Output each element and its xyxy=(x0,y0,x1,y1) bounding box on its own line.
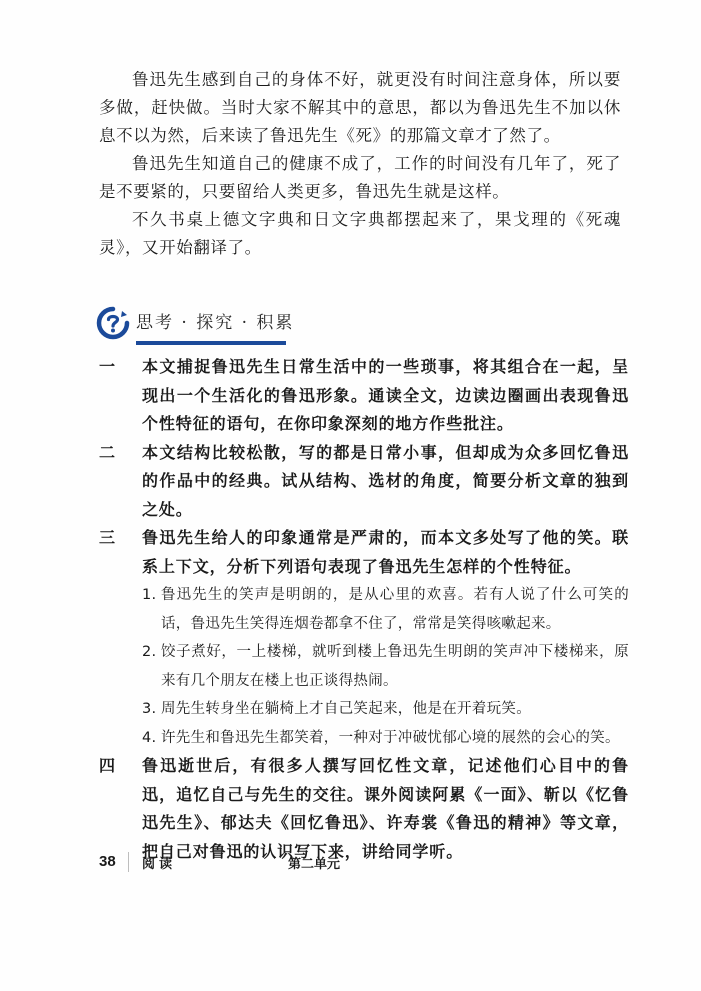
unit-label: 第二单元 xyxy=(288,853,340,872)
quote-text: 许先生和鲁迅先生都笑着，一种对于冲破忧郁心境的展然的会心的笑。 xyxy=(161,724,629,753)
exercise-item: 二 本文结构比较松散，写的都是日常小事，但却成为众多回忆鲁迅的作品中的经典。试从… xyxy=(99,439,629,525)
paragraph: 鲁迅先生知道自己的健康不成了，工作的时间没有几年了，死了是不要紧的，只要留给人类… xyxy=(99,150,621,206)
quote-item: 4. 许先生和鲁迅先生都笑着，一种对于冲破忧郁心境的展然的会心的笑。 xyxy=(99,724,629,753)
quote-text: 鲁迅先生的笑声是明朗的，是从心里的欢喜。若有人说了什么可笑的话，鲁迅先生笑得连烟… xyxy=(161,581,629,638)
quote-text: 周先生转身坐在躺椅上才自己笑起来，他是在开着玩笑。 xyxy=(161,695,629,724)
paragraph: 鲁迅先生感到自己的身体不好，就更没有时间注意身体，所以要多做，赶快做。当时大家不… xyxy=(99,66,621,150)
quote-text: 饺子煮好，一上楼梯，就听到楼上鲁迅先生明朗的笑声冲下楼梯来，原来有几个朋友在楼上… xyxy=(161,638,629,695)
section-title: 思考 · 探究 · 积累 xyxy=(136,308,294,333)
exercise-item: 四 鲁迅逝世后，有很多人撰写回忆性文章，记述他们心目中的鲁迅，追忆自己与先生的交… xyxy=(99,752,629,866)
quote-number: 1. xyxy=(142,581,156,610)
quote-item: 3. 周先生转身坐在躺椅上才自己笑起来，他是在开着玩笑。 xyxy=(99,695,629,724)
page-footer: 38 阅读 第二单元 xyxy=(0,850,701,880)
quote-number: 3. xyxy=(142,695,156,724)
footer-divider xyxy=(128,852,129,872)
quote-number: 2. xyxy=(142,638,156,667)
page-number: 38 xyxy=(99,853,116,870)
exercise-text: 本文结构比较松散，写的都是日常小事，但却成为众多回忆鲁迅的作品中的经典。试从结构… xyxy=(142,439,629,525)
exercise-list: 一 本文捕捉鲁迅先生日常生活中的一些琐事，将其组合在一起，呈现出一个生活化的鲁迅… xyxy=(99,353,629,866)
quote-number: 4. xyxy=(142,724,156,753)
section-header: 思考 · 探究 · 积累 xyxy=(96,300,296,344)
body-text: 鲁迅先生感到自己的身体不好，就更没有时间注意身体，所以要多做，赶快做。当时大家不… xyxy=(99,66,621,262)
exercise-number: 三 xyxy=(99,524,116,553)
exercise-text: 鲁迅先生给人的印象通常是严肃的，而本文多处写了他的笑。联系上下文，分析下列语句表… xyxy=(142,524,629,581)
section-underline xyxy=(136,341,286,345)
exercise-item: 三 鲁迅先生给人的印象通常是严肃的，而本文多处写了他的笑。联系上下文，分析下列语… xyxy=(99,524,629,581)
exercise-number: 二 xyxy=(99,439,116,468)
question-circle-icon xyxy=(96,306,130,340)
exercise-number: 一 xyxy=(99,353,116,382)
exercise-item: 一 本文捕捉鲁迅先生日常生活中的一些琐事，将其组合在一起，呈现出一个生活化的鲁迅… xyxy=(99,353,629,439)
paragraph: 不久书桌上德文字典和日文字典都摆起来了，果戈理的《死魂灵》，又开始翻译了。 xyxy=(99,206,621,262)
book-title: 阅读 xyxy=(142,853,176,872)
quote-item: 2. 饺子煮好，一上楼梯，就听到楼上鲁迅先生明朗的笑声冲下楼梯来，原来有几个朋友… xyxy=(99,638,629,695)
quote-item: 1. 鲁迅先生的笑声是明朗的，是从心里的欢喜。若有人说了什么可笑的话，鲁迅先生笑… xyxy=(99,581,629,638)
exercise-text: 鲁迅逝世后，有很多人撰写回忆性文章，记述他们心目中的鲁迅，追忆自己与先生的交往。… xyxy=(142,752,629,866)
exercise-number: 四 xyxy=(99,752,116,781)
textbook-page: 鲁迅先生感到自己的身体不好，就更没有时间注意身体，所以要多做，赶快做。当时大家不… xyxy=(0,0,701,991)
exercise-text: 本文捕捉鲁迅先生日常生活中的一些琐事，将其组合在一起，呈现出一个生活化的鲁迅形象… xyxy=(142,353,629,439)
